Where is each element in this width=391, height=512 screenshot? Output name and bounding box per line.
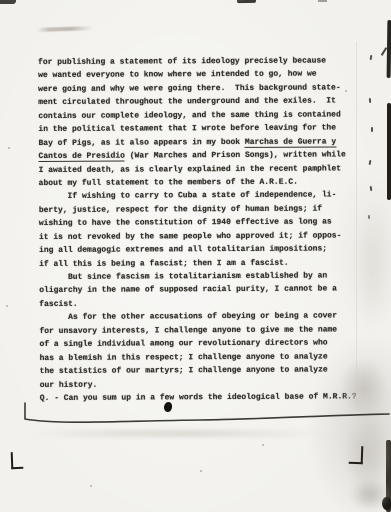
text-segment: were going and why we were going there. …	[38, 83, 340, 94]
dust-speck	[8, 147, 10, 149]
text-segment: I awaited death, as is clearly explained…	[39, 164, 341, 175]
scan-smudge	[356, 205, 390, 325]
text-segment: we wanted everyone to know where we inte…	[38, 70, 316, 80]
text-line: the statistics of our martyrs; I challen…	[40, 363, 357, 378]
text-line: If wishing to carry to Cuba a state of i…	[39, 189, 356, 204]
text-segment: has a blemish in this respect; I challen…	[40, 352, 328, 363]
text-segment: it is not revoked by the same people who…	[39, 231, 341, 242]
text-segment: berty, justice, respect for the dignity …	[39, 204, 322, 214]
text-segment: ment circulated throughout the undergrou…	[38, 97, 336, 108]
pencil-smudge	[37, 26, 93, 32]
text-segment: in the political testament that I wrote …	[38, 124, 336, 135]
text-line: Cantos de Presidio (War Marches and Pris…	[38, 148, 355, 163]
text-line: ing all demagogic extremes and all total…	[39, 242, 356, 257]
top-edge-faint-mark	[318, 0, 327, 2]
typewritten-text: for publishing a statement of its ideolo…	[38, 54, 357, 405]
text-segment: for unsavory interests, I challenge anyo…	[39, 325, 337, 336]
margin-tick-mark	[371, 127, 373, 132]
text-segment: for publishing a statement of its ideolo…	[38, 56, 326, 67]
corner-mark-top-left	[0, 0, 16, 4]
dust-speck	[90, 485, 92, 487]
text-segment: oligarchy in the name of supposed racial…	[39, 285, 337, 296]
text-segment: But since fascism is totalitarianism est…	[39, 271, 327, 282]
text-line: I awaited death, as is clearly explained…	[39, 162, 356, 177]
margin-tick-mark	[369, 160, 372, 165]
text-segment: ing all demagogic extremes and all total…	[39, 245, 327, 256]
text-segment: of a single individual among our revolut…	[39, 339, 327, 350]
text-segment: fascist.	[39, 300, 77, 309]
text-segment: if all this is being a fascist; then I a…	[39, 258, 289, 268]
text-segment: Bay of Pigs, as it also appears in my bo…	[38, 138, 244, 148]
text-segment: about my full statement to the members o…	[39, 178, 298, 188]
top-edge-mark	[237, 0, 256, 3]
underlined-text-segment: Marchas de Guerra y	[245, 137, 336, 147]
dust-speck	[6, 305, 8, 307]
crop-bracket-bottom-left	[11, 452, 24, 469]
scan-smudge	[350, 478, 390, 510]
text-line: As for the other accusations of obeying …	[39, 310, 356, 325]
text-segment: As for the other accusations of obeying …	[39, 312, 337, 323]
scanned-rule-line	[0, 395, 391, 435]
text-segment: If wishing to carry to Cuba a state of i…	[39, 191, 337, 202]
crop-bracket-bottom-right	[349, 446, 364, 464]
text-line: oligarchy in the name of supposed racial…	[39, 283, 356, 298]
dust-speck	[345, 90, 347, 92]
margin-tick-mark	[369, 98, 372, 103]
margin-tick-mark	[370, 55, 373, 60]
text-line: in the political testament that I wrote …	[38, 122, 355, 137]
right-edge-ink-strip	[387, 103, 391, 200]
text-segment: the statistics of our martyrs; I challen…	[40, 366, 328, 377]
margin-tick-mark	[370, 186, 373, 191]
text-line: wishing to have the constitution of 1940…	[39, 216, 356, 231]
dust-speck	[262, 444, 264, 446]
text-line: ment circulated throughout the undergrou…	[38, 95, 355, 110]
text-segment: our history.	[40, 380, 98, 389]
text-line: of a single individual among our revolut…	[39, 337, 356, 352]
scanned-page: for publishing a statement of its ideolo…	[0, 0, 391, 512]
dust-speck	[200, 470, 202, 472]
text-segment: contains our complete ideology, and the …	[38, 110, 340, 121]
right-edge-ink-strip	[387, 20, 391, 78]
text-segment: wishing to have the constitution of 1940…	[39, 218, 332, 229]
underlined-text-segment: Cantos de Presidio	[39, 152, 125, 162]
text-segment: (War Marches and Prison Songs), written …	[125, 150, 346, 160]
